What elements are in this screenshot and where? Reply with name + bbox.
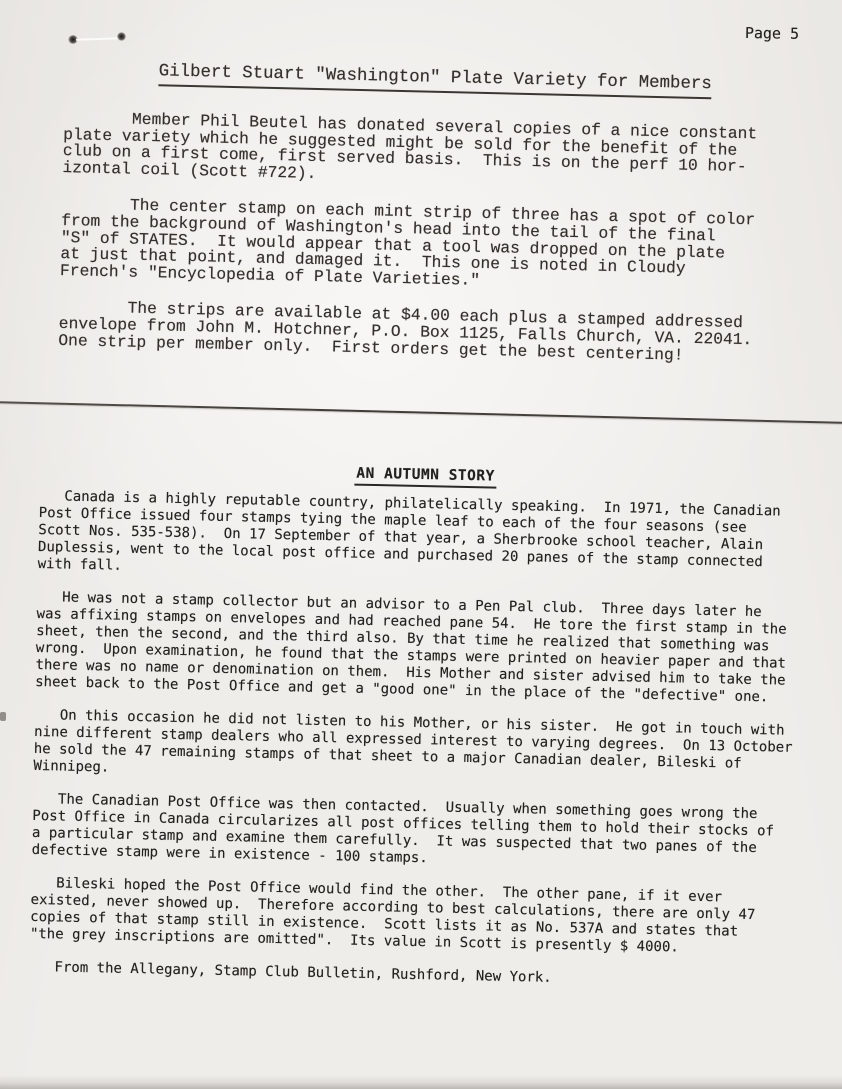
scan-edge-mark xyxy=(0,712,6,721)
section-divider-rule xyxy=(0,401,842,424)
scan-bottom-shadow xyxy=(0,1075,842,1089)
paragraph: On this occasion he did not listen to hi… xyxy=(33,707,806,791)
scanned-newsletter-page: Page 5 Gilbert Stuart "Washington" Plate… xyxy=(0,0,842,1089)
ink-smudge-dot xyxy=(117,32,126,41)
paragraph: The Canadian Post Office was then contac… xyxy=(31,791,804,875)
paragraph: He was not a stamp collector but an advi… xyxy=(35,589,809,707)
article-plate-variety: Gilbert Stuart "Washington" Plate Variet… xyxy=(58,60,779,386)
paragraph: Member Phil Beutel has donated several c… xyxy=(62,110,777,193)
article-autumn-story: AN AUTUMN STORY Canada is a highly reput… xyxy=(29,452,812,1008)
page-number: Page 5 xyxy=(745,25,799,42)
paragraph: Bileski hoped the Post Office would find… xyxy=(30,875,803,959)
paragraph: Canada is a highly reputable country, ph… xyxy=(37,488,811,589)
article-title-text: Gilbert Stuart "Washington" Plate Variet… xyxy=(158,62,712,99)
paragraph: The center stamp on each mint strip of t… xyxy=(60,196,776,296)
text-line: From the Allegany, Stamp Club Bulletin, … xyxy=(29,959,801,992)
paragraph: The strips are available at $4.00 each p… xyxy=(58,299,773,366)
article-title-text: AN AUTUMN STORY xyxy=(354,465,497,489)
scratch-mark xyxy=(76,37,120,41)
attribution-line: From the Allegany, Stamp Club Bulletin, … xyxy=(29,959,801,992)
article-title: Gilbert Stuart "Washington" Plate Variet… xyxy=(158,62,778,101)
